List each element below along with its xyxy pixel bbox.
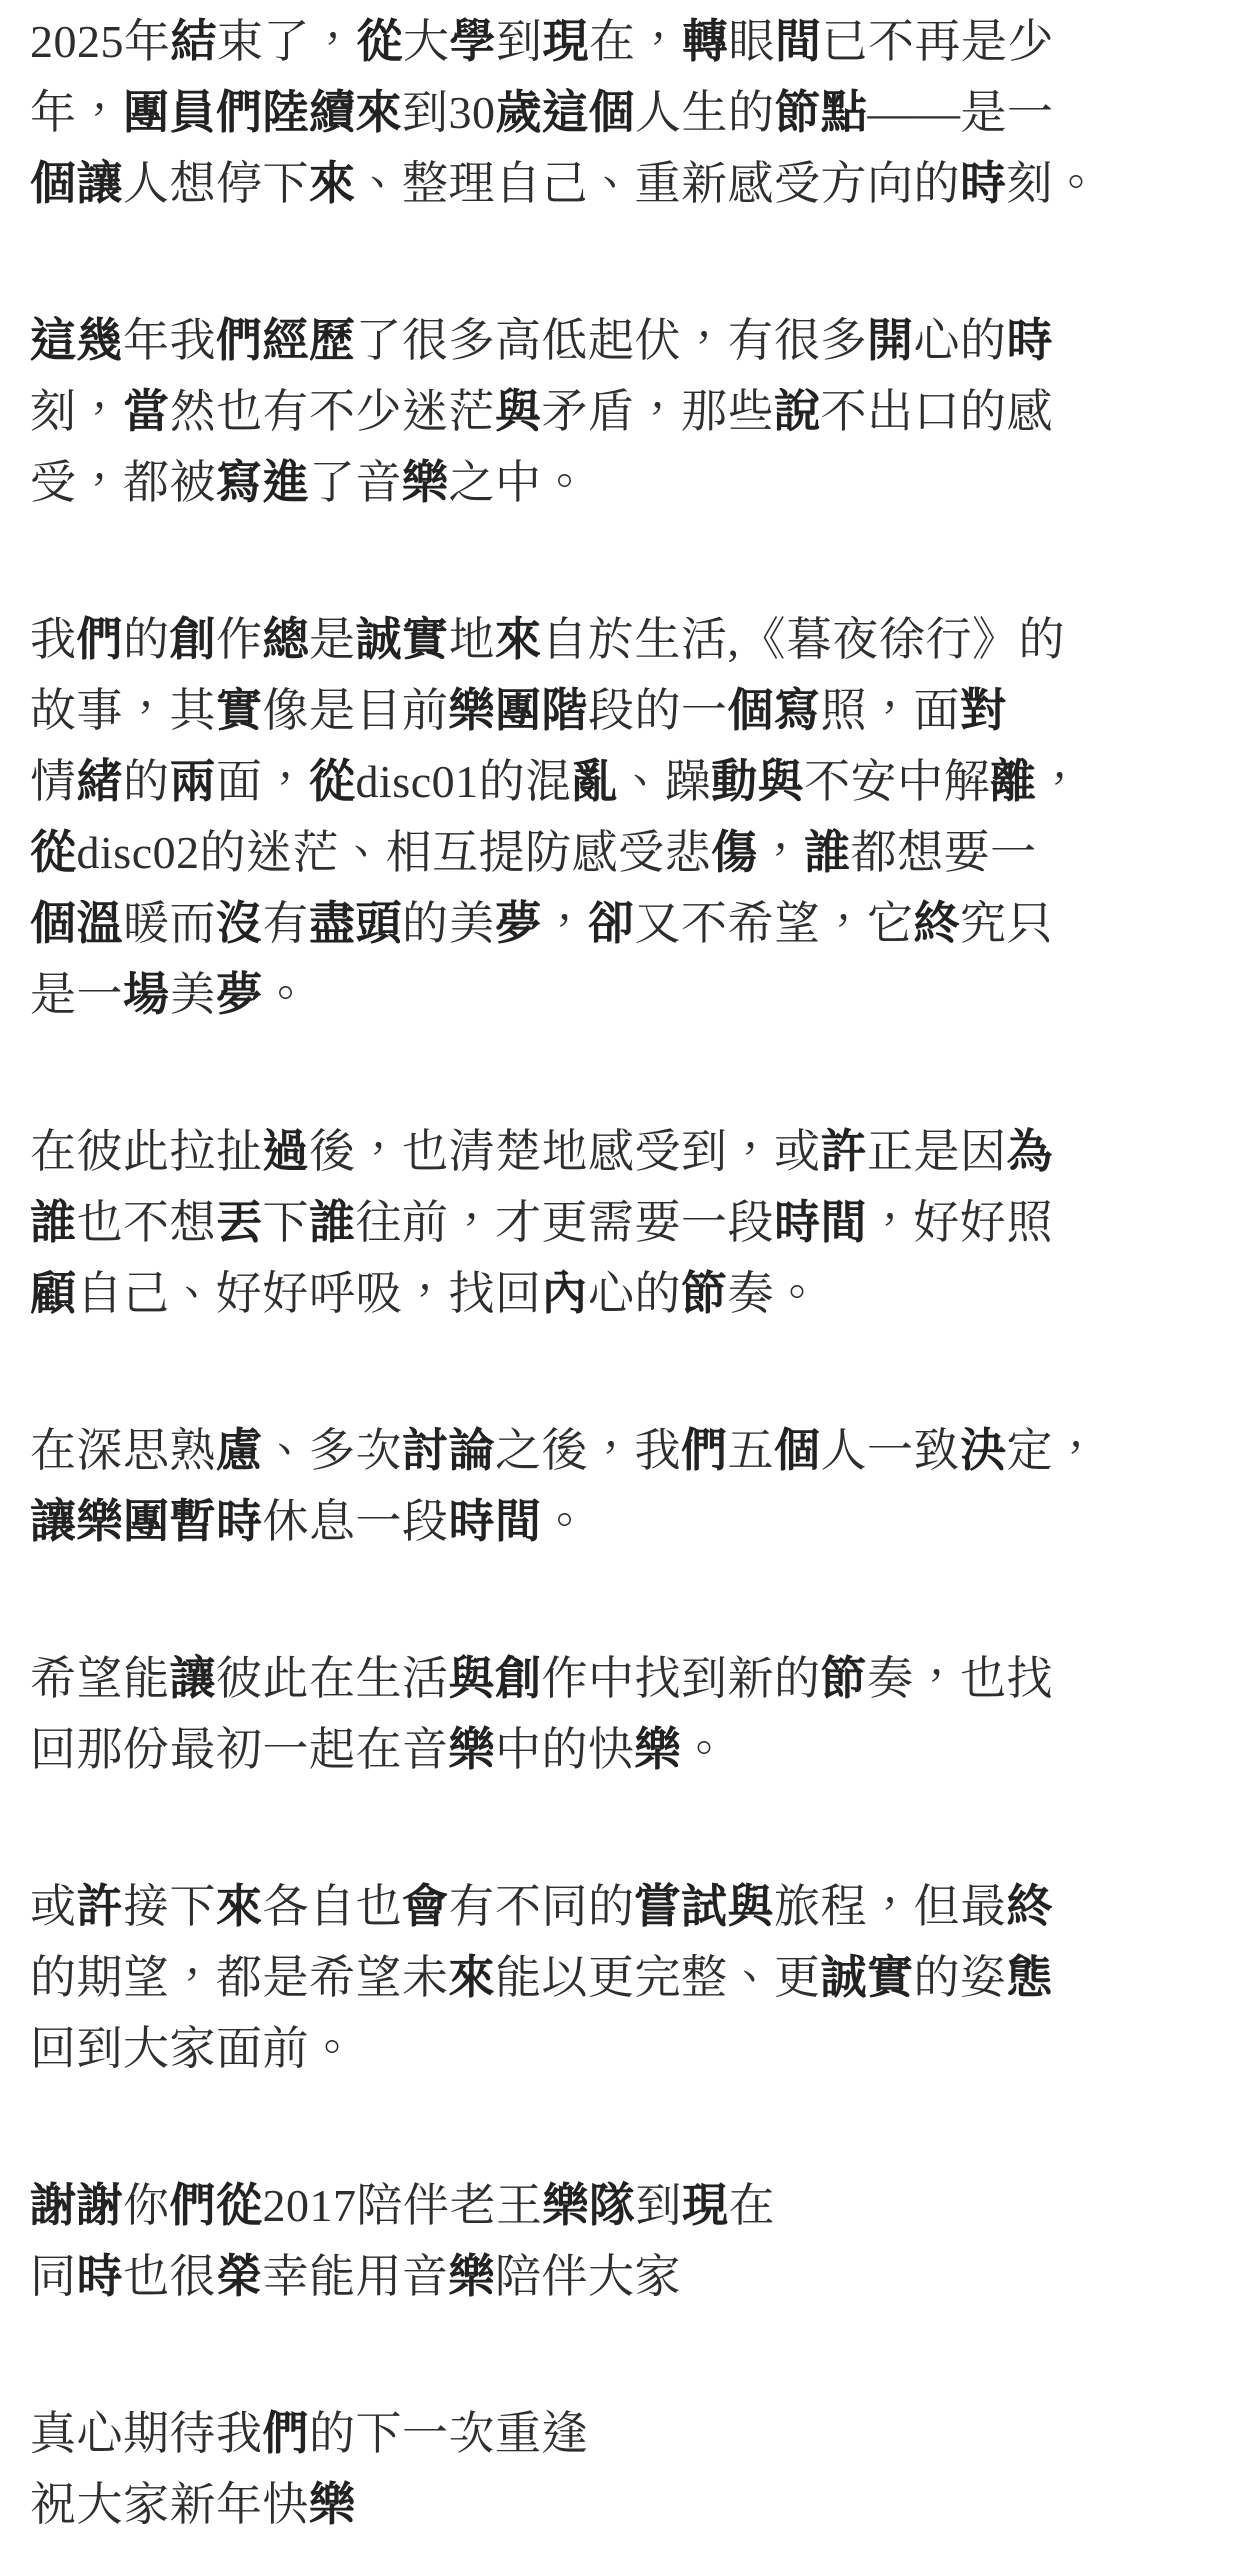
fallback-glyph: 時 (216, 1495, 263, 1547)
fallback-glyph: 動 (711, 755, 758, 807)
fallback-glyph: 階 (542, 684, 589, 736)
fallback-glyph: 幾 (77, 314, 124, 366)
fallback-glyph: 實 (216, 684, 263, 736)
fallback-glyph: 時 (449, 1495, 496, 1547)
text-line: 在深思熟慮、多次討論之後，我們五個人一致決定， (30, 1415, 1234, 1486)
text-line: 情緒的兩面，從disc01的混亂、躁動與不安中解離， (30, 746, 1234, 817)
fallback-glyph: 開 (867, 314, 914, 366)
fallback-glyph: 當 (123, 385, 170, 437)
text-line: 誰也不想丟下誰往前，才更需要一段時間，好好照 (30, 1187, 1234, 1258)
fallback-glyph: 來 (495, 613, 542, 665)
fallback-glyph: 兩 (170, 755, 217, 807)
statement-page: 2025年結束了，從大學到現在，轉眼間已不再是少年，團員們陸續來到30歲這個人生… (0, 0, 1260, 2559)
fallback-glyph: 讓 (170, 1652, 217, 1704)
text-line: 謝謝你們從2017陪伴老王樂隊到現在 (30, 2170, 1234, 2241)
fallback-glyph: 樂 (543, 2179, 590, 2231)
fallback-glyph: 創 (170, 613, 217, 665)
paragraph-1: 2025年結束了，從大學到現在，轉眼間已不再是少年，團員們陸續來到30歲這個人生… (30, 6, 1234, 219)
fallback-glyph: 節 (775, 86, 822, 138)
fallback-glyph: 許 (821, 1125, 868, 1177)
paragraph-4: 在彼此拉扯過後，也清楚地感受到，或許正是因為誰也不想丟下誰往前，才更需要一段時間… (30, 1116, 1234, 1329)
fallback-glyph: 誠 (356, 613, 403, 665)
fallback-glyph: 節 (821, 1652, 868, 1704)
band-statement-text: 2025年結束了，從大學到現在，轉眼間已不再是少年，團員們陸續來到30歲這個人生… (30, 6, 1234, 2540)
fallback-glyph: 節 (681, 1267, 728, 1319)
text-line: 的期望，都是希望未來能以更完整、更誠實的姿態 (30, 1942, 1234, 2013)
fallback-glyph: 總 (263, 613, 310, 665)
fallback-glyph: 們 (216, 314, 263, 366)
text-line: 同時也很榮幸能用音樂陪伴大家 (30, 2241, 1234, 2312)
fallback-glyph: 個 (728, 684, 775, 736)
fallback-glyph: 頭 (356, 897, 403, 949)
fallback-glyph: 榮 (216, 2250, 263, 2302)
fallback-glyph: 現 (682, 2179, 729, 2231)
fallback-glyph: 溫 (77, 897, 124, 949)
paragraph-6: 希望能讓彼此在生活與創作中找到新的節奏，也找回那份最初一起在音樂中的快樂。 (30, 1643, 1234, 1785)
paragraph-2: 這幾年我們經歷了很多高低起伏，有很多開心的時刻，當然也有不少迷茫與矛盾，那些說不… (30, 305, 1234, 518)
fallback-glyph: 來 (216, 1880, 263, 1932)
fallback-glyph: 對 (960, 684, 1007, 736)
fallback-glyph: 時 (774, 1196, 821, 1248)
fallback-glyph: 論 (449, 1424, 496, 1476)
fallback-glyph: 讓 (30, 1495, 77, 1547)
text-line: 在彼此拉扯過後，也清楚地感受到，或許正是因為 (30, 1116, 1234, 1187)
fallback-glyph: 緒 (77, 755, 124, 807)
fallback-glyph: 間 (495, 1495, 542, 1547)
fallback-glyph: 誠 (821, 1951, 868, 2003)
fallback-glyph: 個 (30, 897, 77, 949)
fallback-glyph: 樂 (77, 1495, 124, 1547)
text-line: 刻，當然也有不少迷茫與矛盾，那些說不出口的感 (30, 376, 1234, 447)
fallback-glyph: 誰 (804, 826, 851, 878)
fallback-glyph: 學 (450, 15, 497, 67)
fallback-glyph: 嘗 (635, 1880, 682, 1932)
fallback-glyph: 樂 (309, 2478, 356, 2530)
fallback-glyph: 傷 (711, 826, 758, 878)
fallback-glyph: 從 (309, 755, 356, 807)
text-line: 回那份最初一起在音樂中的快樂。 (30, 1714, 1234, 1785)
fallback-glyph: 終 (1007, 1880, 1054, 1932)
text-line: 顧自己、好好呼吸，找回內心的節奏。 (30, 1258, 1234, 1329)
fallback-glyph: 誰 (309, 1196, 356, 1248)
paragraph-5: 在深思熟慮、多次討論之後，我們五個人一致決定，讓樂團暫時休息一段時間。 (30, 1415, 1234, 1557)
fallback-glyph: 丟 (216, 1196, 263, 1248)
text-line: 讓樂團暫時休息一段時間。 (30, 1486, 1234, 1557)
fallback-glyph: 態 (1007, 1951, 1054, 2003)
fallback-glyph: 謝 (30, 2179, 77, 2231)
fallback-glyph: 歲 (496, 86, 543, 138)
text-line: 或許接下來各自也會有不同的嘗試與旅程，但最終 (30, 1871, 1234, 1942)
text-line: 受，都被寫進了音樂之中。 (30, 447, 1234, 518)
fallback-glyph: 顧 (30, 1267, 77, 1319)
text-line: 是一場美夢。 (30, 959, 1234, 1030)
paragraph-9: 真心期待我們的下一次重逢祝大家新年快樂 (30, 2398, 1234, 2540)
fallback-glyph: 沒 (216, 897, 263, 949)
fallback-glyph: 團 (123, 1495, 170, 1547)
fallback-glyph: 與 (728, 1880, 775, 1932)
fallback-glyph: 時 (960, 157, 1007, 209)
fallback-glyph: 這 (542, 86, 589, 138)
fallback-glyph: 從 (216, 2179, 263, 2231)
fallback-glyph: 樂 (449, 684, 496, 736)
fallback-glyph: 歷 (309, 314, 356, 366)
fallback-glyph: 們 (681, 1424, 728, 1476)
fallback-glyph: 樂 (635, 1723, 682, 1775)
fallback-glyph: 從 (30, 826, 77, 878)
fallback-glyph: 經 (263, 314, 310, 366)
fallback-glyph: 樂 (449, 1723, 496, 1775)
fallback-glyph: 場 (123, 968, 170, 1020)
text-line: 從disc02的迷茫、相互提防感受悲傷，誰都想要一 (30, 817, 1234, 888)
fallback-glyph: 這 (30, 314, 77, 366)
fallback-glyph: 們 (263, 2407, 310, 2459)
fallback-glyph: 夢 (495, 897, 542, 949)
fallback-glyph: 時 (77, 2250, 124, 2302)
fallback-glyph: 陸 (263, 86, 310, 138)
fallback-glyph: 間 (775, 15, 822, 67)
fallback-glyph: 進 (263, 456, 310, 508)
fallback-glyph: 許 (77, 1880, 124, 1932)
fallback-glyph: 個 (589, 86, 636, 138)
fallback-glyph: 讓 (77, 157, 124, 209)
fallback-glyph: 來 (309, 157, 356, 209)
fallback-glyph: 會 (402, 1880, 449, 1932)
fallback-glyph: 們 (170, 2179, 217, 2231)
fallback-glyph: 內 (542, 1267, 589, 1319)
fallback-glyph: 實 (402, 613, 449, 665)
fallback-glyph: 個 (774, 1424, 821, 1476)
fallback-glyph: 員 (170, 86, 217, 138)
text-line: 這幾年我們經歷了很多高低起伏，有很多開心的時 (30, 305, 1234, 376)
fallback-glyph: 說 (774, 385, 821, 437)
fallback-glyph: 創 (495, 1652, 542, 1704)
fallback-glyph: 隊 (589, 2179, 636, 2231)
fallback-glyph: 決 (960, 1424, 1007, 1476)
fallback-glyph: 離 (990, 755, 1037, 807)
text-line: 希望能讓彼此在生活與創作中找到新的節奏，也找 (30, 1643, 1234, 1714)
text-line: 2025年結束了，從大學到現在，轉眼間已不再是少 (30, 6, 1234, 77)
fallback-glyph: 個 (30, 157, 77, 209)
fallback-glyph: 間 (821, 1196, 868, 1248)
fallback-glyph: 卻 (588, 897, 635, 949)
fallback-glyph: 實 (867, 1951, 914, 2003)
fallback-glyph: 夢 (216, 968, 263, 1020)
text-line: 真心期待我們的下一次重逢 (30, 2398, 1234, 2469)
fallback-glyph: 討 (402, 1424, 449, 1476)
paragraph-3: 我們的創作總是誠實地來自於生活,《暮夜徐行》的故事，其實像是目前樂團階段的一個寫… (30, 604, 1234, 1030)
fallback-glyph: 團 (123, 86, 170, 138)
fallback-glyph: 轉 (682, 15, 729, 67)
fallback-glyph: 寫 (774, 684, 821, 736)
fallback-glyph: 慮 (216, 1424, 263, 1476)
fallback-glyph: 樂 (402, 456, 449, 508)
fallback-glyph: 團 (495, 684, 542, 736)
fallback-glyph: 終 (914, 897, 961, 949)
fallback-glyph: 從 (357, 15, 404, 67)
paragraph-7: 或許接下來各自也會有不同的嘗試與旅程，但最終的期望，都是希望未來能以更完整、更誠… (30, 1871, 1234, 2084)
text-line: 祝大家新年快樂 (30, 2469, 1234, 2540)
fallback-glyph: 暫 (170, 1495, 217, 1547)
fallback-glyph: 與 (495, 385, 542, 437)
fallback-glyph: 謝 (77, 2179, 124, 2231)
fallback-glyph: 寫 (216, 456, 263, 508)
fallback-glyph: 現 (543, 15, 590, 67)
fallback-glyph: 來 (449, 1951, 496, 2003)
fallback-glyph: 點 (821, 86, 868, 138)
fallback-glyph: 誰 (30, 1196, 77, 1248)
fallback-glyph: 盡 (309, 897, 356, 949)
fallback-glyph: 們 (216, 86, 263, 138)
text-line: 個溫暖而沒有盡頭的美夢，卻又不希望，它終究只 (30, 888, 1234, 959)
fallback-glyph: 來 (356, 86, 403, 138)
fallback-glyph: 時 (1007, 314, 1054, 366)
fallback-glyph: 為 (1007, 1125, 1054, 1177)
text-line: 故事，其實像是目前樂團階段的一個寫照，面對 (30, 675, 1234, 746)
fallback-glyph: 與 (758, 755, 805, 807)
text-line: 我們的創作總是誠實地來自於生活,《暮夜徐行》的 (30, 604, 1234, 675)
fallback-glyph: 過 (263, 1125, 310, 1177)
text-line: 個讓人想停下來、整理自己、重新感受方向的時刻。 (30, 148, 1234, 219)
fallback-glyph: 試 (681, 1880, 728, 1932)
fallback-glyph: 們 (77, 613, 124, 665)
fallback-glyph: 與 (449, 1652, 496, 1704)
fallback-glyph: 結 (171, 15, 218, 67)
fallback-glyph: 樂 (449, 2250, 496, 2302)
fallback-glyph: 續 (309, 86, 356, 138)
paragraph-8: 謝謝你們從2017陪伴老王樂隊到現在同時也很榮幸能用音樂陪伴大家 (30, 2170, 1234, 2312)
fallback-glyph: 亂 (572, 755, 619, 807)
text-line: 年，團員們陸續來到30歲這個人生的節點——是一 (30, 77, 1234, 148)
text-line: 回到大家面前。 (30, 2013, 1234, 2084)
